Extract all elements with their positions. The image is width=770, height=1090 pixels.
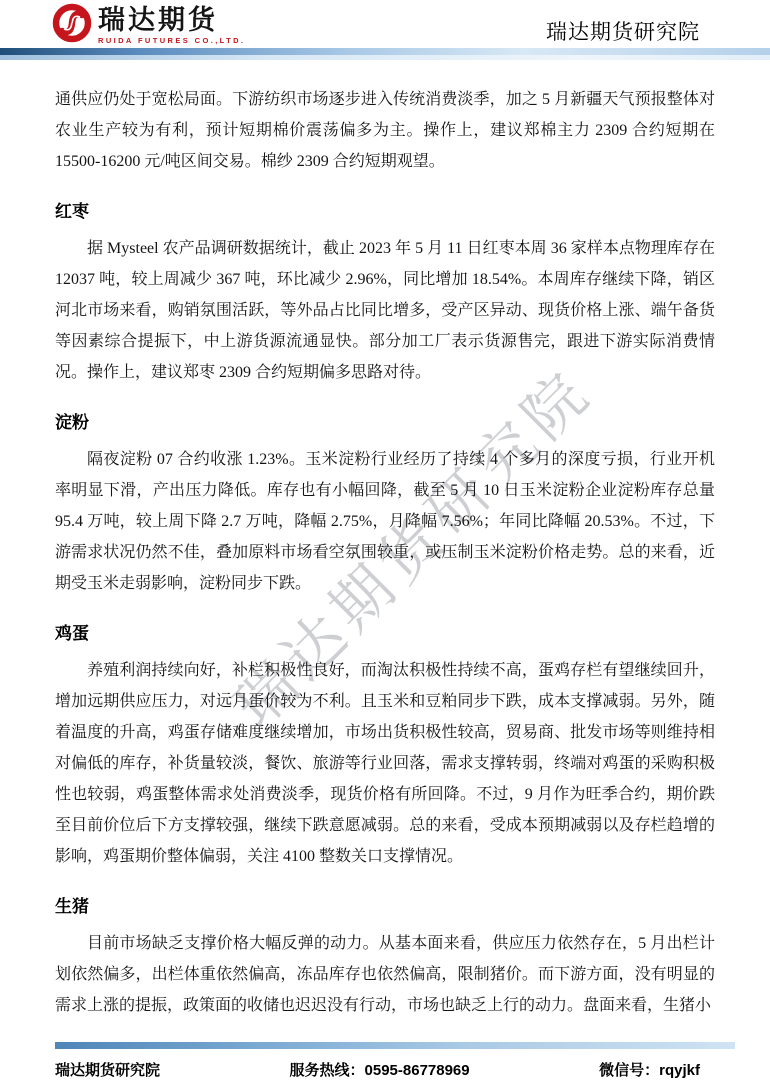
brand-subtitle: RUIDA FUTURES CO.,LTD. [98, 37, 245, 45]
footer: 瑞达期货研究院 服务热线：0595-86778969 微信号：rqyjkf [0, 1042, 770, 1080]
paragraph-red-dates: 据 Mysteel 农产品调研数据统计，截止 2023 年 5 月 11 日红枣… [55, 233, 715, 388]
section-heading-hogs: 生猪 [55, 896, 715, 918]
paragraph-cotton-outlook: 通供应仍处于宽松局面。下游纺织市场逐步进入传统消费淡季，加之 5 月新疆天气预报… [55, 84, 715, 177]
footer-row: 瑞达期货研究院 服务热线：0595-86778969 微信号：rqyjkf [55, 1059, 700, 1080]
header-institute-title: 瑞达期货研究院 [546, 16, 700, 48]
section-heading-eggs: 鸡蛋 [55, 623, 715, 645]
report-page: 瑞达期货 RUIDA FUTURES CO.,LTD. 瑞达期货研究院 瑞达期货… [0, 0, 770, 1090]
report-body: 通供应仍处于宽松局面。下游纺织市场逐步进入传统消费淡季，加之 5 月新疆天气预报… [0, 84, 770, 1021]
footer-wechat-id: rqyjkf [659, 1062, 700, 1079]
footer-institute: 瑞达期货研究院 [55, 1059, 160, 1080]
section-heading-starch: 淀粉 [55, 412, 715, 434]
section-heading-red-dates: 红枣 [55, 201, 715, 223]
paragraph-starch: 隔夜淀粉 07 合约收涨 1.23%。玉米淀粉行业经历了持续 4 个多月的深度亏… [55, 444, 715, 599]
paragraph-hogs: 目前市场缺乏支撑价格大幅反弹的动力。从基本面来看，供应压力依然存在，5 月出栏计… [55, 928, 715, 1021]
footer-hotline-number: 0595-86778969 [365, 1062, 470, 1079]
header-divider-bar [0, 48, 770, 60]
header-divider-bar-top [0, 48, 770, 55]
logo: 瑞达期货 RUIDA FUTURES CO.,LTD. [52, 3, 245, 48]
header-divider-bar-bottom [0, 55, 770, 60]
header: 瑞达期货 RUIDA FUTURES CO.,LTD. 瑞达期货研究院 [0, 0, 770, 48]
footer-hotline-label: 服务热线： [290, 1062, 365, 1079]
footer-wechat-label: 微信号： [599, 1062, 659, 1079]
logo-text: 瑞达期货 RUIDA FUTURES CO.,LTD. [98, 7, 245, 45]
paragraph-eggs: 养殖利润持续向好，补栏积极性良好，而淘汰积极性持续不高，蛋鸡存栏有望继续回升，增… [55, 655, 715, 872]
footer-divider-bar [55, 1042, 735, 1049]
footer-wechat: 微信号：rqyjkf [599, 1059, 700, 1080]
footer-hotline: 服务热线：0595-86778969 [290, 1059, 470, 1080]
ruida-logo-icon [52, 3, 92, 48]
brand-name: 瑞达期货 [98, 7, 245, 34]
